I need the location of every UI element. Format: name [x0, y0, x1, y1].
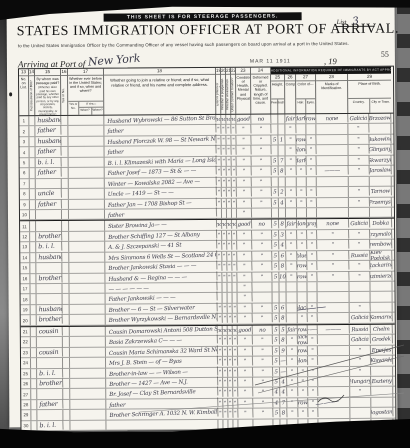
cell-v2 [62, 158, 69, 167]
cell-cx: " [285, 135, 296, 145]
cell-health: " [238, 314, 253, 324]
cell-cx [286, 208, 297, 218]
cell-v2 [62, 179, 69, 188]
cell-hair: " [297, 230, 307, 240]
cell-cx: " [287, 356, 298, 366]
cell-eyes: " [307, 240, 317, 250]
cell-city: Brzozow [369, 113, 391, 123]
cell-cx [286, 177, 297, 187]
cell-country: " [349, 240, 370, 250]
cell-hair: dark [296, 156, 306, 166]
birth-subheader: Country. City or Town. [348, 97, 391, 113]
country-label: Country. [348, 98, 370, 113]
cell-v2 [62, 168, 69, 177]
cell-cx: " [285, 125, 296, 135]
cell-n: 22 [21, 337, 31, 347]
cell-marks [318, 366, 350, 376]
cell-country: Galicia [348, 114, 369, 124]
cell-health: " [236, 125, 251, 135]
cell-marks [317, 282, 349, 292]
cell-hair: " [298, 408, 308, 418]
cell-hair: brown [297, 272, 307, 282]
cell-deformed: " [252, 230, 272, 240]
col-label: Height. [271, 81, 284, 98]
col-label: Deformed or Crippled. Nature, length of … [251, 75, 270, 114]
cell-before [70, 389, 106, 399]
cell-deformed [252, 208, 272, 218]
cell-city [371, 292, 393, 302]
color-subheader: Hair. Eyes. [296, 98, 315, 114]
cell-marks [318, 313, 350, 323]
cell-n: 27 [21, 390, 31, 400]
cell-city: Bogostany [371, 408, 393, 418]
cell-health: " [238, 388, 253, 398]
manifest-paper: THIS SHEET IS FOR STEERAGE PASSENGERS. L… [7, 4, 398, 428]
cell-city: Tarnow [370, 186, 392, 196]
cell-cx: " [285, 156, 296, 166]
cell-deformed: " [252, 251, 272, 261]
cell-deformed: no [253, 325, 273, 335]
col-number: 26 [285, 74, 295, 81]
cell-v2 [62, 232, 69, 241]
col-label: Whether ever before in the United States… [68, 76, 103, 101]
cell-ft [271, 125, 278, 134]
cell-eyes [307, 208, 317, 218]
col-header-ever-before: 17 Whether ever before in the United Sta… [68, 69, 104, 115]
cell-country: " [350, 356, 371, 366]
cell-city [370, 208, 392, 218]
col-header-height: 25 Height. Feet. Inches. [271, 74, 285, 113]
cell-deformed: no [251, 114, 271, 124]
cell-deformed: " [252, 272, 272, 282]
cell-country: " [350, 387, 371, 397]
manifest-body: 1husbandHusband Wybrowski — 86 Sutton St… [19, 114, 395, 432]
cell-n: 7 [20, 179, 30, 189]
cell-before [69, 263, 105, 273]
cell-deformed: " [253, 356, 273, 366]
page-number: 55 [381, 50, 389, 59]
cell-country [349, 176, 370, 186]
cell-city: Rackarina [370, 261, 392, 271]
cell-n: 30 [21, 421, 31, 431]
cell-v2 [63, 358, 70, 367]
cell-city: Kisvarda [371, 355, 393, 365]
cell-v2 [63, 400, 70, 409]
scanner-right-band [397, 0, 410, 448]
cell-city [371, 366, 393, 376]
cell-v2 [63, 410, 70, 419]
cell-rel [36, 179, 62, 189]
cell-city [369, 124, 391, 134]
cell-city: Bukowina [369, 134, 391, 144]
cell-v2 [63, 294, 70, 303]
hair-label: Hair. [296, 99, 306, 114]
cell-health: good [237, 220, 252, 230]
cell-before [69, 157, 105, 167]
cell-rel: cousin [37, 347, 63, 357]
cell-cx: " [286, 240, 297, 250]
cell-cx [287, 293, 298, 303]
port-value-handwritten: New York [87, 52, 140, 69]
cell-rel: b. i. l. [37, 420, 63, 430]
cell-cx: " [286, 251, 297, 261]
cell-marks: " [317, 271, 349, 281]
cell-country: " [349, 166, 370, 176]
cell-cx: " [286, 230, 297, 240]
cell-health: " [238, 377, 253, 387]
cell-before [68, 126, 104, 136]
cell-v2 [62, 210, 69, 219]
cell-before [69, 231, 105, 241]
cell-n: 16 [20, 274, 30, 284]
cell-deformed: " [253, 377, 273, 387]
cell-rel: husband [37, 305, 63, 315]
cell-v2 [62, 242, 69, 251]
cell-marks: " [317, 250, 349, 260]
cell-marks [317, 177, 349, 187]
cell-marks [318, 292, 350, 302]
cell-health: " [237, 188, 252, 198]
cell-cx [287, 314, 298, 324]
cell-hair: brown [298, 325, 308, 335]
cell-city: Skwarzyn [369, 155, 391, 165]
cell-n: 9 [20, 200, 30, 210]
cell-marks [318, 377, 350, 387]
cell-health: " [237, 167, 252, 177]
cell-ft [272, 208, 279, 217]
cell-in [279, 177, 286, 186]
cell-health: " [237, 198, 252, 208]
cell-health: " [238, 409, 253, 419]
cell-marks [317, 187, 349, 197]
cell-country [350, 398, 371, 408]
date-stamp: MAR 11 1911 [250, 58, 291, 64]
where-label: Where? [92, 108, 104, 115]
cell-v2 [62, 189, 69, 198]
cell-health: " [237, 251, 252, 261]
cell-before [70, 368, 106, 378]
cell-health: " [238, 367, 253, 377]
cell-addr [106, 420, 218, 430]
cell-hair: " [297, 198, 307, 208]
cell-marks [318, 387, 350, 397]
cell-n: 2 [19, 127, 29, 137]
cell-health: " [237, 282, 252, 292]
cell-before [70, 337, 106, 347]
cell-country: " [349, 261, 370, 271]
supplemental-section: ADDITIONAL INFORMATION REQUIRED OF IMMIG… [271, 67, 391, 114]
cell-n: 11 [20, 222, 30, 232]
cell-eyes: gray [307, 219, 317, 229]
cell-rel [36, 221, 62, 231]
cell-cx: " [287, 335, 298, 345]
cell-marks: " [317, 240, 349, 250]
cell-rel: husband [36, 252, 62, 262]
cell-marks: ——— [318, 324, 350, 334]
cell-eyes: brown [306, 114, 316, 124]
cell-before [69, 242, 105, 252]
cell-hair: brown [296, 135, 306, 145]
cell-n: 6 [20, 168, 30, 178]
cell-marks [318, 356, 350, 366]
cell-eyes: " [307, 198, 317, 208]
cell-rel: uncle [36, 189, 62, 199]
cell-rel: brother [36, 273, 62, 283]
cell-deformed [252, 283, 272, 293]
col-label: Whether going to join a relative or frie… [104, 75, 215, 115]
cell-marks [318, 335, 350, 345]
col-label: Place of Birth. [348, 81, 391, 98]
cell-rel [36, 263, 62, 273]
cell-city: Eperjes [371, 345, 393, 355]
cell-deformed: " [253, 408, 273, 418]
cell-v2 [62, 284, 69, 293]
cell-before [70, 399, 106, 409]
cell-health: " [237, 262, 252, 272]
cell-health: " [237, 177, 252, 187]
cell-country [350, 292, 371, 302]
col-number: 22 [231, 68, 235, 75]
cell-eyes: " [308, 346, 318, 356]
cell-v2 [61, 137, 68, 146]
cell-city: Glinyany [369, 145, 391, 155]
cell-deformed [253, 293, 273, 303]
cell-n: 24 [21, 358, 31, 368]
cell-rel: father [35, 147, 61, 157]
cell-n: 14 [20, 253, 30, 263]
cell-v2 [63, 305, 70, 314]
cell-country [350, 408, 371, 418]
col-label: In possession of $50? [30, 76, 34, 115]
cell-marks [318, 346, 350, 356]
cell-country: " [348, 145, 369, 155]
cell-health: good [238, 325, 253, 335]
cell-hair: dark [296, 114, 306, 124]
cell-country: Galicia [350, 335, 371, 345]
cell-health: " [238, 336, 253, 346]
cell-n: 10 [20, 210, 30, 220]
ever-before-subheader: Yes or No. If Yes— When? Where? [68, 101, 103, 115]
cell-n: 1 [19, 116, 29, 126]
cell-country: Galicia [349, 219, 370, 229]
cell-n: 28 [21, 400, 31, 410]
eyes-label: Eyes. [306, 99, 315, 114]
cell-v2 [61, 116, 68, 125]
cell-health: " [236, 146, 251, 156]
cell-cx: " [287, 367, 298, 377]
cell-hair: " [297, 187, 307, 197]
cell-rel [36, 284, 62, 294]
cell-v2 [61, 126, 68, 135]
cell-v2 [63, 389, 70, 398]
cell-country: " [349, 271, 370, 281]
cell-before [69, 273, 105, 283]
cell-city: Chelm [371, 324, 393, 334]
cell-country: " [350, 345, 371, 355]
cell-v2 [62, 263, 69, 272]
cell-before [70, 347, 106, 357]
cell-rel: husband [35, 116, 61, 126]
when-label: When? [79, 108, 92, 115]
cell-health: " [237, 208, 252, 218]
cell-cx: " [287, 377, 298, 387]
cell-country: " [349, 302, 370, 312]
cell-city: Przemysl [370, 197, 392, 207]
cell-v2 [63, 327, 70, 336]
col-number: 14 [29, 69, 34, 76]
cell-health: " [238, 346, 253, 356]
col-label: Marks of Identification. [316, 81, 347, 113]
cell-in [280, 293, 287, 302]
cell-cx: " [286, 187, 297, 197]
cell-country: " [348, 124, 369, 134]
cell-cx: " [285, 146, 296, 156]
cell-n: 12 [20, 232, 30, 242]
cell-country: Russia [350, 324, 371, 334]
cell-eyes [308, 293, 318, 303]
cell-deformed: " [252, 303, 272, 313]
cell-deformed: " [251, 156, 271, 166]
cell-eyes: " [307, 272, 317, 282]
cell-deformed: " [253, 398, 273, 408]
cell-eyes: " [307, 230, 317, 240]
cell-hair: brown [298, 346, 308, 356]
cell-country: " [348, 155, 369, 165]
cell-n: 23 [21, 348, 31, 358]
cell-cx: " [286, 272, 297, 282]
cell-rel [37, 410, 63, 420]
cell-hair: brown [298, 398, 308, 408]
height-subheader: Feet. Inches. [271, 98, 284, 114]
cell-v2 [63, 421, 70, 430]
cell-rel: father [35, 126, 61, 136]
cell-n: 5 [20, 158, 30, 168]
cell-n: 8 [20, 189, 30, 199]
cell-country [349, 282, 370, 292]
cell-before [69, 199, 105, 209]
cell-hair [297, 177, 307, 187]
cell-cx: " [287, 388, 298, 398]
cell-health: " [237, 293, 252, 303]
cell-cx: " [287, 408, 298, 418]
cell-country [349, 208, 370, 218]
cell-rel: brother [37, 379, 63, 389]
col-label: By whom was passage paid?(Whether alien … [35, 76, 60, 115]
cell-n: 20 [21, 316, 31, 326]
col-number: 13 [19, 69, 28, 76]
cell-city: Komarno [371, 313, 393, 323]
cell-before [69, 210, 105, 220]
cell-eyes: " [308, 408, 318, 418]
cell-marks: none [316, 114, 348, 124]
cell-deformed: " [252, 177, 272, 187]
cell-v2 [63, 337, 70, 346]
cell-city: Kazimierzow [370, 271, 392, 281]
cell-eyes [307, 282, 317, 292]
cell-v2 [62, 199, 69, 208]
col-header-complexion: 26 Complexion. [285, 74, 296, 113]
passage-label: By whom was passage paid? [36, 77, 59, 85]
cell-before [69, 147, 105, 157]
cell-deformed: " [252, 198, 272, 208]
cell-ft [272, 146, 279, 155]
cell-before [69, 168, 105, 178]
cell-health: " [237, 272, 252, 282]
cell-city: Kiev Podolsk [370, 250, 392, 260]
cell-marks [317, 145, 349, 155]
cell-rel: husband [35, 137, 61, 147]
cell-cx: fair [286, 220, 297, 230]
col-header-color-of: 27 Color of— Hair. Eyes. [296, 74, 316, 113]
cell-eyes: ——— [308, 325, 318, 335]
cell-before [70, 326, 106, 336]
cell-before [70, 358, 106, 368]
cell-rel: b. i. l. [35, 157, 61, 167]
cell-cx: " [287, 398, 298, 408]
cell-marks: " [317, 261, 349, 271]
cell-hair: blond [296, 145, 306, 155]
cell-eyes: " [307, 187, 317, 197]
col-header-deformed: 24 Deformed or Crippled. Nature, length … [251, 68, 271, 114]
cell-marks [316, 135, 348, 145]
cell-in [279, 208, 286, 217]
cell-n: 13 [20, 242, 30, 252]
cell-in: 8 [280, 314, 287, 324]
cell-eyes: " [308, 387, 318, 397]
cell-before [70, 410, 106, 420]
cell-hair [296, 125, 306, 135]
cell-cx [286, 282, 297, 292]
cell-rel [37, 389, 63, 399]
cell-hair [297, 208, 307, 218]
cell-eyes [306, 125, 316, 135]
cell-deformed: " [253, 367, 273, 377]
cell-city: Dobka [370, 219, 392, 229]
cell-country: " [350, 366, 371, 376]
cell-cx: fair [285, 114, 296, 124]
cell-n: 3 [19, 137, 29, 147]
passage-note: (Whether alien paid his own passage, whe… [36, 86, 60, 115]
cell-health: " [237, 230, 252, 240]
cell-rel [37, 358, 63, 368]
cell-country: Hungary [350, 376, 371, 386]
cell-hair: " [298, 367, 308, 377]
cell-health: " [237, 241, 252, 251]
cell-before [69, 178, 105, 188]
cell-ft [272, 177, 279, 186]
cell-in [279, 282, 286, 291]
cell-eyes: " [308, 335, 318, 345]
cell-city [371, 397, 393, 407]
cell-country: " [349, 229, 370, 239]
cell-eyes: " [307, 166, 317, 176]
cell-rel: father [37, 399, 63, 409]
cell-before [69, 189, 105, 199]
cell-rel: b. i. l. [37, 368, 63, 378]
cell-deformed: " [253, 314, 273, 324]
cell-before [70, 315, 106, 325]
cell-before [70, 305, 106, 315]
cell-ft [271, 114, 278, 123]
year-suffix: , 19 [324, 56, 337, 66]
cell-deformed: " [251, 125, 271, 135]
cell-v2 [62, 147, 69, 156]
cell-city: Trembowla [370, 240, 392, 250]
cell-eyes: " [308, 377, 318, 387]
cell-v2 [62, 221, 69, 230]
cell-marks [317, 208, 349, 218]
col-label: Condition of Health, Mental and Physical… [236, 75, 250, 114]
